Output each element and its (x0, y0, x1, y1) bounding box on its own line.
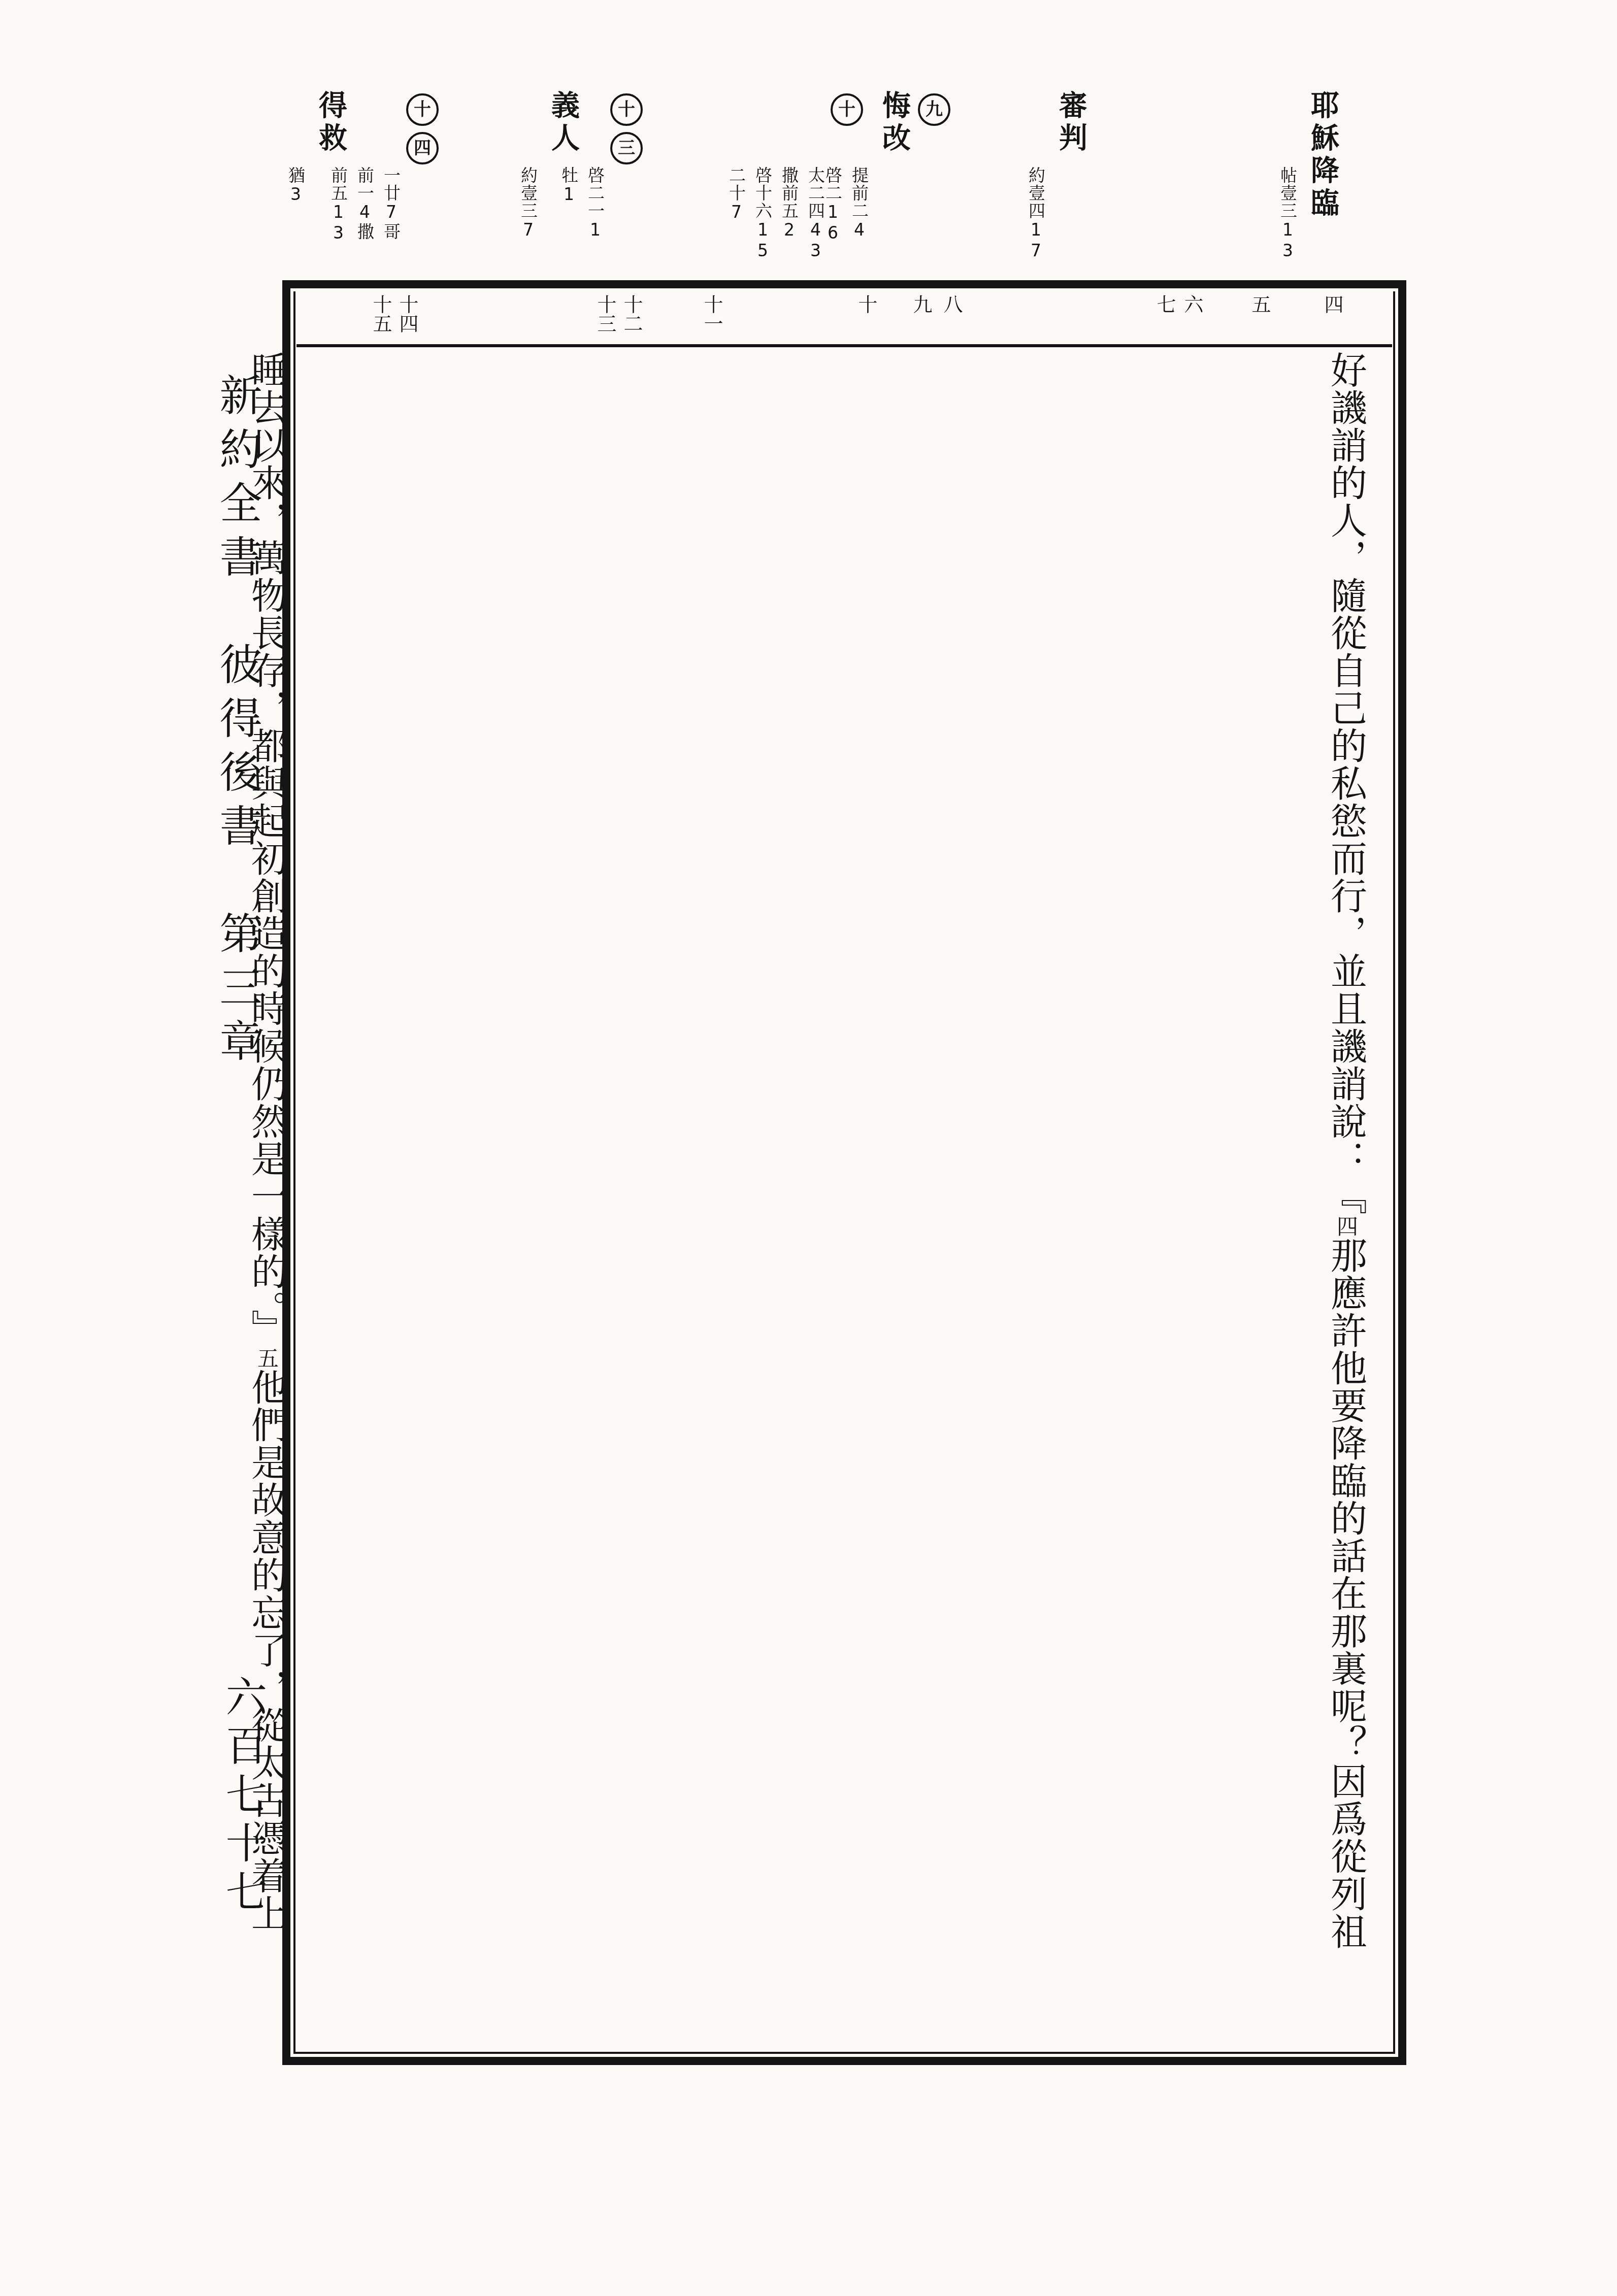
text-run: 好譏誚的人，隨從自己的私慾而行，並且譏誚說：『 (1325, 351, 1367, 1215)
margin-note-ref: 撒前五2 (776, 90, 802, 293)
circled-number: 三 (610, 132, 643, 164)
inline-verse-number: 四 (1334, 1215, 1359, 1237)
text-area: 好譏誚的人，隨從自己的私慾而行，並且譏誚說：『四那應許他要降臨的話在那裏呢？因爲… (304, 351, 1383, 2046)
circled-number: 九 (918, 93, 950, 126)
margin-note-ref: 帖壹三13 (1274, 90, 1301, 293)
margin-note: 審判約壹四17 (1022, 90, 1093, 293)
margin-note-label: 耶穌降臨 (1301, 90, 1344, 293)
margin-note-ref: 一廿7哥 (378, 90, 404, 293)
margin-note: 得救猶3 (282, 90, 352, 293)
margin-note-ref: 約壹三7 (515, 90, 541, 293)
verse-strip-number: 十五 (370, 294, 392, 333)
verse-strip-number: 四 (1321, 294, 1343, 314)
verse-strip-number: 五 (1248, 294, 1271, 314)
margin-note: 義人約壹三7 (515, 90, 585, 293)
text-run: 他們是故意的忘了，從太古憑着上 (245, 1369, 288, 1932)
circled-number: 十 (610, 93, 643, 126)
scanned-page: { "paper_color": "#fbfaf6", "ink_color":… (0, 0, 1617, 2296)
margin-note: 十太二四43撒前五2啓十六15二十7 (723, 90, 865, 293)
margin-note-ref: 啓十六15 (749, 90, 776, 293)
circled-number-column: 十四 (404, 90, 441, 293)
verse-strip-number: 九 (910, 294, 932, 314)
margin-note-ref: 啓二一1 (582, 90, 608, 293)
margin-note-ref: 二十7 (723, 90, 749, 293)
margin-note-label: 得救 (309, 90, 352, 293)
circled-number-column: 九 (916, 90, 952, 293)
margin-note-label: 審判 (1049, 90, 1093, 293)
margin-note-ref: 太二四43 (802, 90, 829, 293)
margin-note-label: 悔改 (872, 90, 916, 293)
verse-strip-number: 十四 (396, 294, 418, 333)
margin-note-ref: 前一4撒 (351, 90, 378, 293)
verse-strip-number: 十三 (594, 294, 616, 333)
verse-strip: 四五六七八九十十一十二十三十四十五 (296, 292, 1392, 347)
text-column: 睡去以來，萬物長存，都與起初創造的時候仍然是一樣的。』五他們是故意的忘了，從太古… (0, 351, 304, 2046)
margin-note-label: 義人 (541, 90, 585, 293)
margin-notes: 耶穌降臨帖壹三13審判約壹四17九悔改提前二4啓二16十太二四43撒前五2啓十六… (0, 76, 1617, 284)
circled-number: 十 (831, 93, 863, 126)
verse-strip-number: 十 (855, 294, 877, 314)
circled-number-column: 十 (829, 90, 865, 293)
verse-strip-number: 七 (1153, 294, 1176, 314)
verse-strip-number: 六 (1181, 294, 1203, 314)
margin-note-ref: 約壹四17 (1022, 90, 1049, 293)
text-run: 那應許他要降臨的話在那裏呢？因爲從列祖 (1325, 1237, 1367, 1950)
circled-number: 四 (406, 132, 439, 164)
margin-note-ref: 猶3 (282, 90, 309, 293)
text-run: 睡去以來，萬物長存，都與起初創造的時候仍然是一樣的。』 (245, 351, 288, 1347)
circled-number: 十 (406, 93, 439, 126)
text-column: 好譏誚的人，隨從自己的私慾而行，並且譏誚說：『四那應許他要降臨的話在那裏呢？因爲… (304, 351, 1383, 2046)
verse-strip-number: 十一 (701, 294, 723, 333)
verse-strip-number: 十二 (620, 294, 643, 333)
circled-number-column: 十三 (608, 90, 645, 293)
margin-note: 耶穌降臨帖壹三13 (1274, 90, 1344, 293)
text-frame: 四五六七八九十十一十二十三十四十五 好譏誚的人，隨從自己的私慾而行，並且譏誚說：… (282, 280, 1406, 2065)
inline-verse-number: 五 (254, 1347, 279, 1369)
verse-strip-number: 八 (940, 294, 963, 314)
